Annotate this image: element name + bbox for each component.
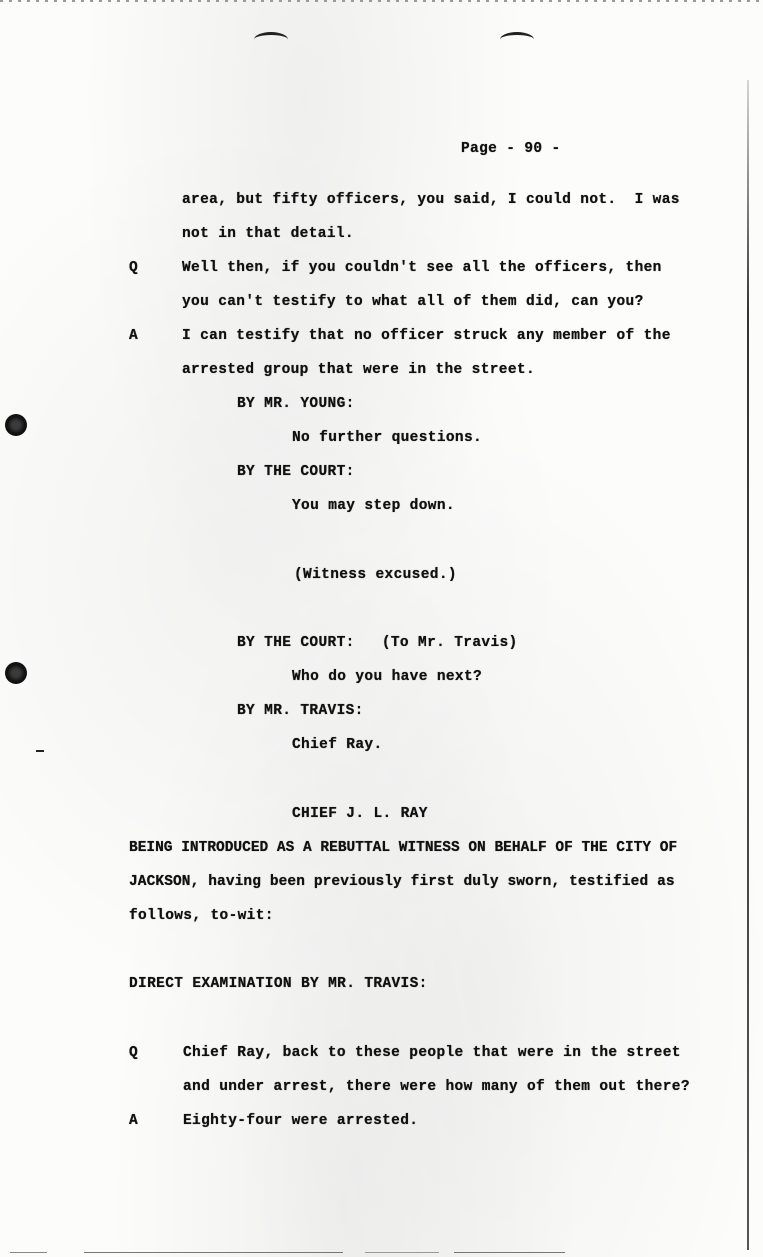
page-edge-right: [747, 80, 749, 1250]
margin-mark: [36, 750, 44, 752]
speaker-heading: BY MR. YOUNG:: [237, 395, 355, 413]
examination-heading: DIRECT EXAMINATION BY MR. TRAVIS:: [129, 975, 428, 993]
transcript-line: arrested group that were in the street.: [182, 361, 535, 379]
question-marker: Q: [129, 1044, 138, 1062]
transcript-line: No further questions.: [292, 429, 482, 447]
staple-mark-left: [254, 32, 288, 47]
transcript-line: You may step down.: [292, 497, 455, 515]
witness-introduction: follows, to-wit:: [129, 907, 274, 925]
transcript-line: I can testify that no officer struck any…: [182, 327, 671, 345]
transcript-line: Well then, if you couldn't see all the o…: [182, 259, 662, 277]
punch-hole-icon: [5, 662, 27, 684]
witness-introduction: JACKSON, having been previously first du…: [129, 873, 675, 891]
answer-marker: A: [129, 327, 138, 345]
transcript-line: not in that detail.: [182, 225, 354, 243]
transcript-line: Chief Ray.: [292, 736, 383, 754]
speaker-heading: BY THE COURT: (To Mr. Travis): [237, 634, 518, 652]
stage-direction: (Witness excused.): [294, 566, 457, 584]
page-number: Page - 90 -: [461, 140, 561, 158]
transcript-line: and under arrest, there were how many of…: [183, 1078, 690, 1096]
transcript-line: Chief Ray, back to these people that wer…: [183, 1044, 681, 1062]
speaker-heading: BY MR. TRAVIS:: [237, 702, 364, 720]
page-edge-bottom: [10, 1252, 750, 1253]
transcript-line: Who do you have next?: [292, 668, 482, 686]
witness-introduction: BEING INTRODUCED AS A REBUTTAL WITNESS O…: [129, 839, 677, 857]
witness-name-heading: CHIEF J. L. RAY: [292, 805, 428, 823]
answer-marker: A: [129, 1112, 138, 1130]
transcript-line: Eighty-four were arrested.: [183, 1112, 418, 1130]
transcript-line: area, but fifty officers, you said, I co…: [182, 191, 680, 209]
staple-mark-right: [500, 32, 534, 47]
transcript-line: you can't testify to what all of them di…: [182, 293, 644, 311]
question-marker: Q: [129, 259, 138, 277]
punch-hole-icon: [5, 414, 27, 436]
perforation-edge: [0, 0, 763, 2]
speaker-heading: BY THE COURT:: [237, 463, 355, 481]
transcript-page: Page - 90 - area, but fifty officers, yo…: [0, 0, 763, 1257]
